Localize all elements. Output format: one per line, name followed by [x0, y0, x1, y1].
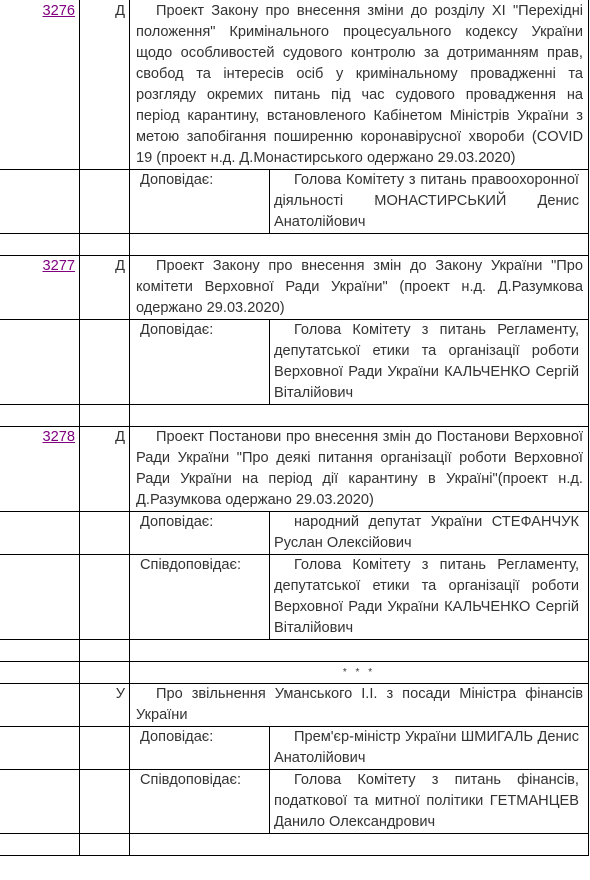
co-speaker-role: Співдоповідає: [134, 555, 270, 639]
speaker-row: Доповідає: Голова Комітету з питань Регл… [0, 320, 589, 405]
agenda-table: 3276 Д Проект Закону про внесення зміни … [0, 0, 589, 856]
speaker-role: Доповідає: [134, 512, 270, 554]
co-speaker-person: Голова Комітету з питань Регламенту, деп… [270, 555, 585, 639]
speaker-row: Доповідає: Прем'єр-міністр України ШМИГА… [0, 727, 589, 770]
speaker-person: Голова Комітету з питань Регламенту, деп… [270, 320, 585, 404]
item-text: Проект Закону про внесення зміни до розд… [130, 0, 589, 170]
item-type: Д [80, 0, 130, 170]
bill-number-cell: 3278 [0, 427, 80, 512]
item-type: Д [80, 427, 130, 512]
speaker-role: Доповідає: [134, 727, 270, 769]
bill-number-link[interactable]: 3277 [43, 258, 75, 274]
spacer-row [0, 834, 589, 856]
bill-number-cell: 3276 [0, 0, 80, 170]
agenda-item-row: 3277 Д Проект Закону про внесення змін д… [0, 256, 589, 320]
bill-number-link[interactable]: 3278 [43, 429, 75, 445]
speaker-person: народний депутат України СТЕФАНЧУК Русла… [270, 512, 585, 554]
agenda-item-row: 3276 Д Проект Закону про внесення зміни … [0, 0, 589, 170]
co-speaker-person: Голова Комітету з питань фінансів, подат… [270, 770, 585, 833]
bill-number-cell: 3277 [0, 256, 80, 320]
speaker-person: Голова Комітету з питань правоохоронної … [270, 170, 585, 233]
co-speaker-row: Співдоповідає: Голова Комітету з питань … [0, 770, 589, 834]
item-type: Д [80, 256, 130, 320]
speaker-row: Доповідає: Голова Комітету з питань прав… [0, 170, 589, 234]
spacer-row [0, 405, 589, 427]
bill-number-link[interactable]: 3276 [43, 3, 75, 19]
speaker-person: Прем'єр-міністр України ШМИГАЛЬ Денис Ан… [270, 727, 585, 769]
separator-row: * * * [0, 662, 589, 684]
speaker-row: Доповідає: народний депутат України СТЕФ… [0, 512, 589, 555]
spacer-row [0, 640, 589, 662]
item-text: Проект Закону про внесення змін до Закон… [130, 256, 589, 320]
co-speaker-row: Співдоповідає: Голова Комітету з питань … [0, 555, 589, 640]
agenda-item-row: 3278 Д Проект Постанови про внесення змі… [0, 427, 589, 512]
item-text: Проект Постанови про внесення змін до По… [130, 427, 589, 512]
section-separator: * * * [130, 662, 589, 684]
item-type: У [80, 684, 130, 727]
bill-number-cell [0, 684, 80, 727]
speaker-role: Доповідає: [134, 170, 270, 233]
co-speaker-role: Співдоповідає: [134, 770, 270, 833]
agenda-item-row: У Про звільнення Уманського І.І. з посад… [0, 684, 589, 727]
item-text: Про звільнення Уманського І.І. з посади … [130, 684, 589, 727]
speaker-role: Доповідає: [134, 320, 270, 404]
spacer-row [0, 234, 589, 256]
